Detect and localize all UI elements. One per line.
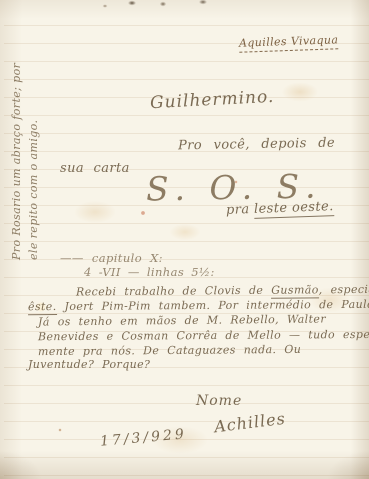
letter-scan: Aquilles Vivaqua Pro Rosario um abraço f… xyxy=(0,0,369,479)
scan-edge-vignette xyxy=(0,0,369,479)
